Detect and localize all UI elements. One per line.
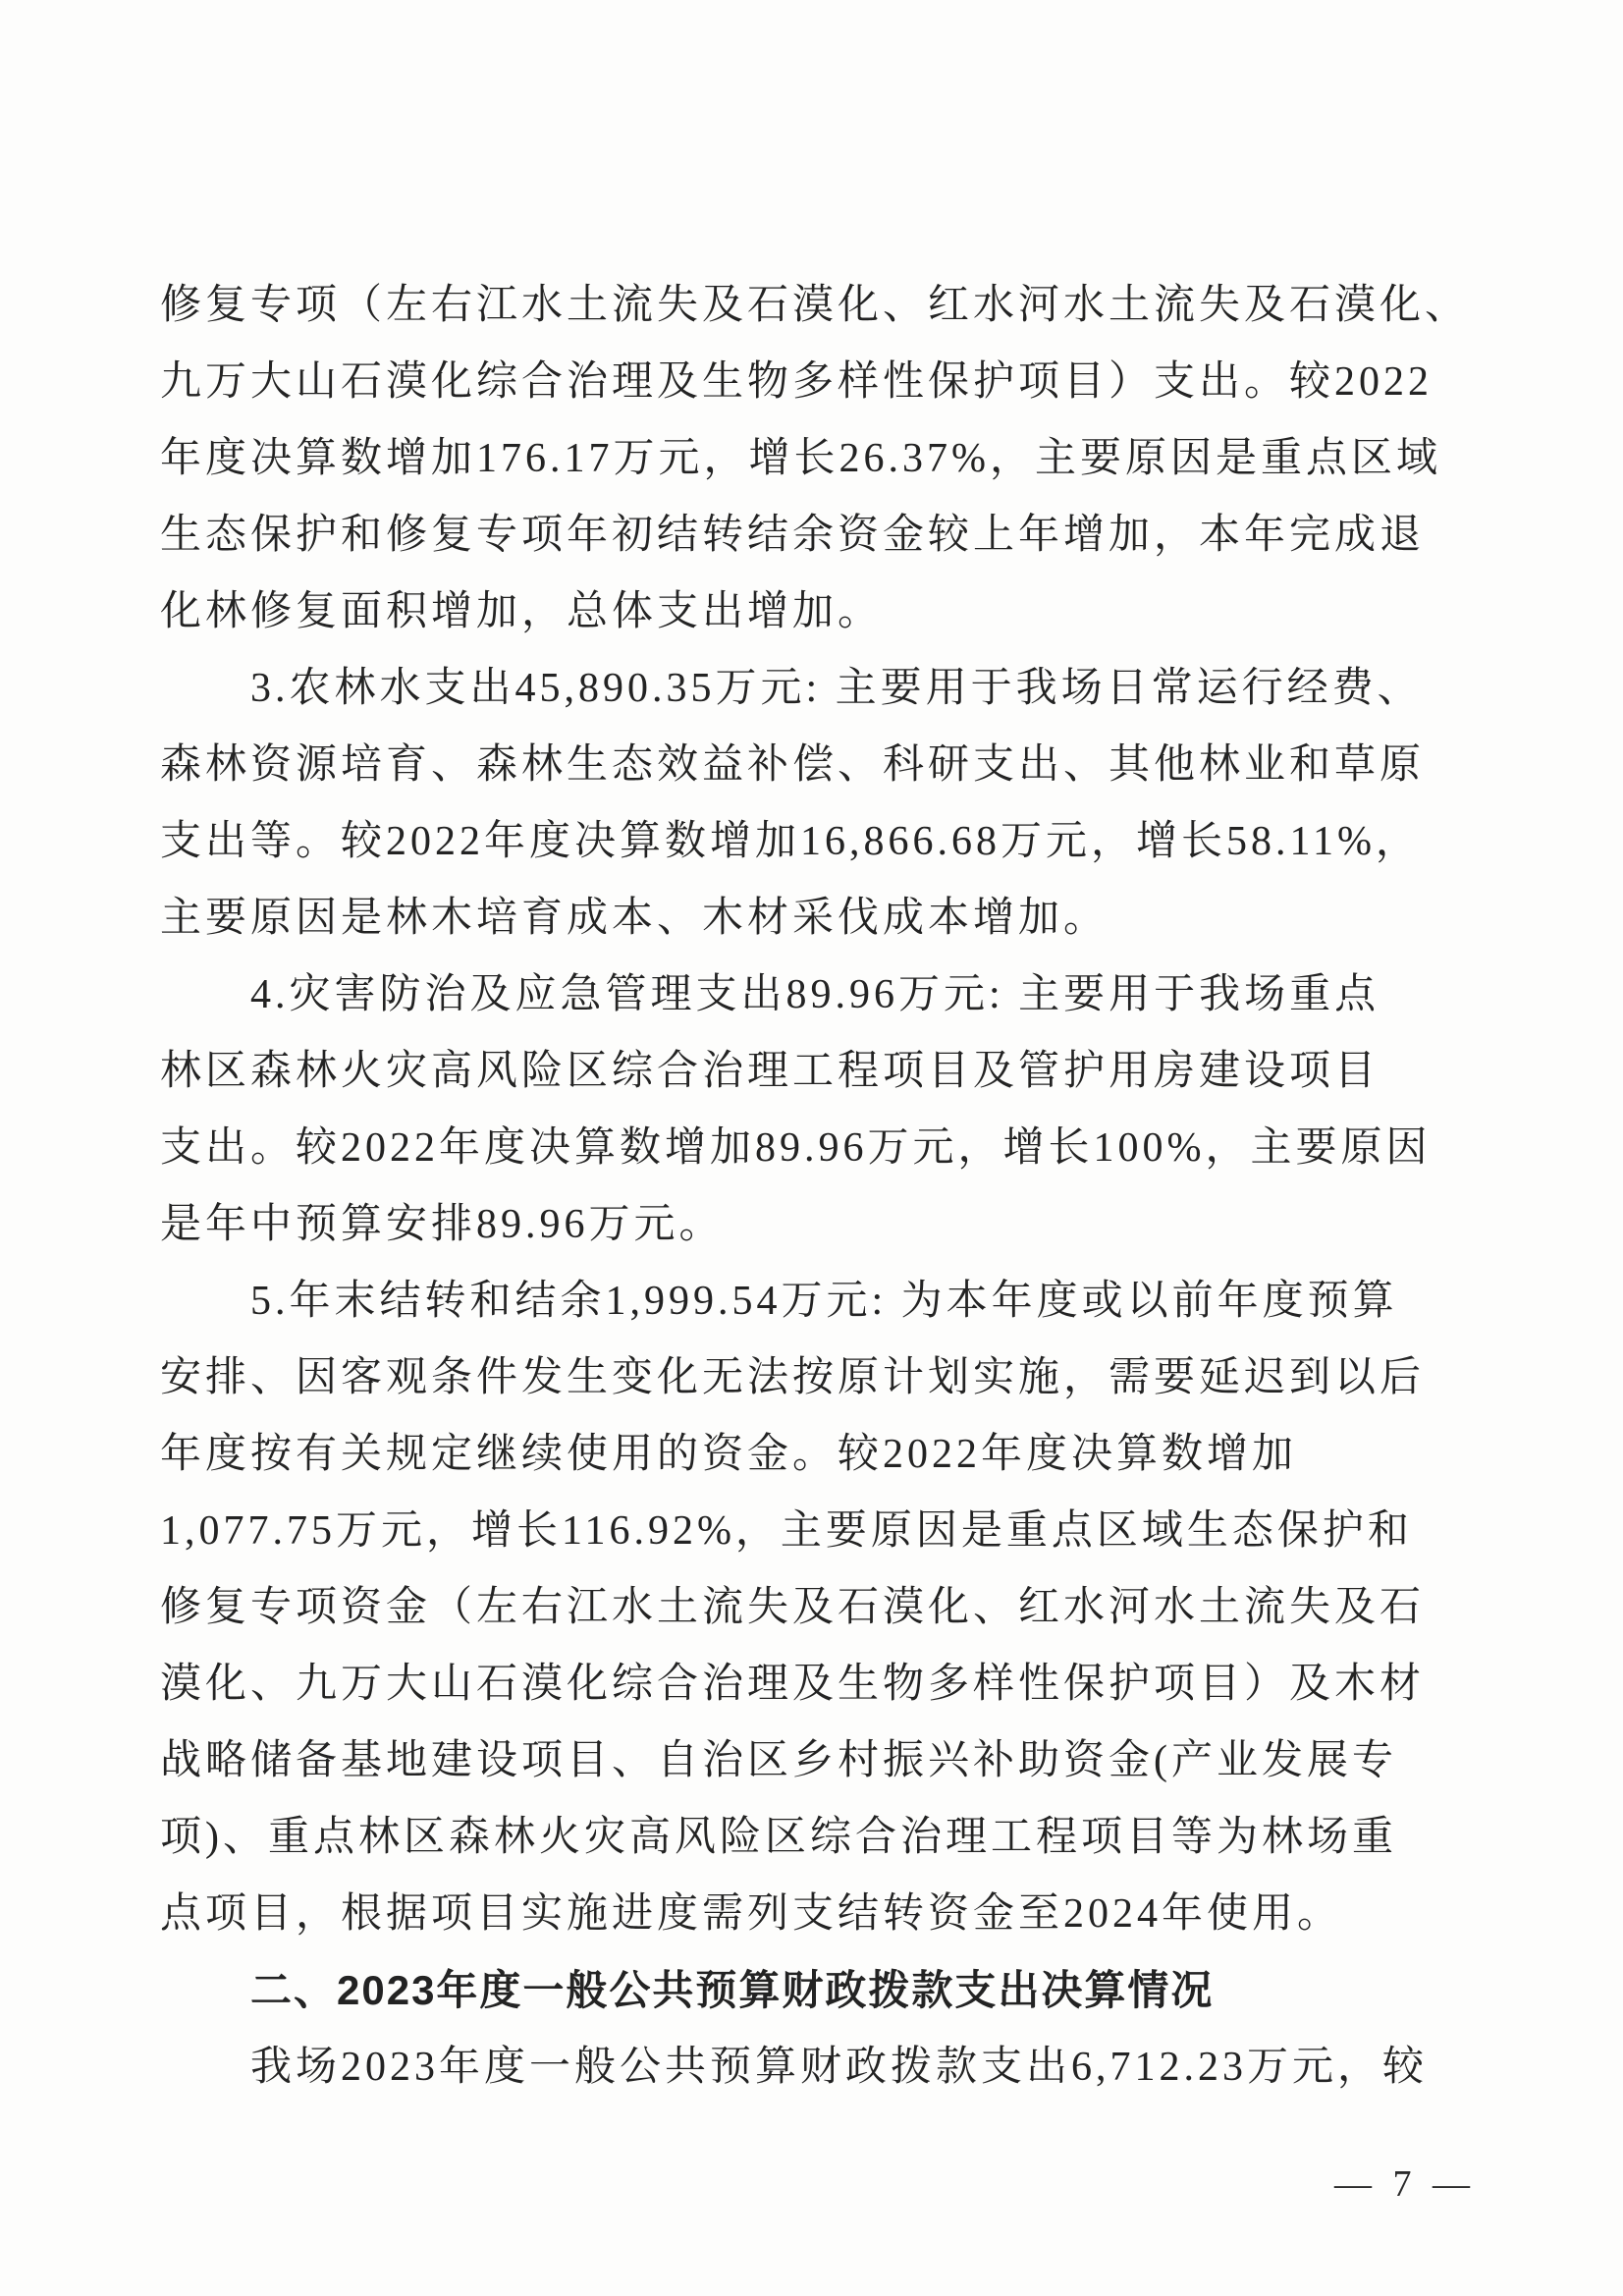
text-line: 森林资源培育、森林生态效益补偿、科研支出、其他林业和草原 [160,727,1480,803]
text-line: 年度决算数增加176.17万元，增长26.37%，主要原因是重点区域 [160,420,1480,497]
document-body: 修复专项（左右江水土流失及石漠化、红水河水土流失及石漠化、九万大山石漠化综合治理… [160,267,1480,2105]
text-line: 主要原因是林木培育成本、木材采伐成本增加。 [160,880,1480,957]
text-line: 5.年末结转和结余1,999.54万元: 为本年度或以前年度预算 [160,1263,1480,1339]
section-heading: 二、2023年度一般公共预算财政拨款支出决算情况 [160,1952,1480,2029]
text-line: 1,077.75万元，增长116.92%，主要原因是重点区域生态保护和 [160,1493,1480,1569]
text-line: 项)、重点林区森林火灾高风险区综合治理工程项目等为林场重 [160,1799,1480,1876]
text-line: 4.灾害防治及应急管理支出89.96万元: 主要用于我场重点 [160,957,1480,1033]
text-line: 九万大山石漠化综合治理及生物多样性保护项目）支出。较2022 [160,344,1480,420]
text-line: 点项目，根据项目实施进度需列支结转资金至2024年使用。 [160,1876,1480,1952]
text-line: 修复专项资金（左右江水土流失及石漠化、红水河水土流失及石 [160,1569,1480,1646]
text-line: 化林修复面积增加，总体支出增加。 [160,574,1480,650]
text-line: 我场2023年度一般公共预算财政拨款支出6,712.23万元，较 [160,2029,1480,2105]
text-line: 3.农林水支出45,890.35万元: 主要用于我场日常运行经费、 [160,650,1480,727]
text-line: 战略储备基地建设项目、自治区乡村振兴补助资金(产业发展专 [160,1722,1480,1799]
text-line: 是年中预算安排89.96万元。 [160,1186,1480,1263]
page-number: — 7 — [1334,2163,1476,2205]
text-line: 安排、因客观条件发生变化无法按原计划实施，需要延迟到以后 [160,1339,1480,1416]
text-line: 林区森林火灾高风险区综合治理工程项目及管护用房建设项目 [160,1033,1480,1110]
document-page: 修复专项（左右江水土流失及石漠化、红水河水土流失及石漠化、九万大山石漠化综合治理… [0,0,1623,2296]
text-line: 年度按有关规定继续使用的资金。较2022年度决算数增加 [160,1416,1480,1493]
text-line: 生态保护和修复专项年初结转结余资金较上年增加，本年完成退 [160,497,1480,574]
page-footer: — 7 — [1334,2162,1476,2206]
text-line: 支出。较2022年度决算数增加89.96万元，增长100%，主要原因 [160,1110,1480,1186]
text-line: 修复专项（左右江水土流失及石漠化、红水河水土流失及石漠化、 [160,267,1480,344]
text-line: 支出等。较2022年度决算数增加16,866.68万元，增长58.11%， [160,803,1480,880]
text-line: 漠化、九万大山石漠化综合治理及生物多样性保护项目）及木材 [160,1646,1480,1722]
